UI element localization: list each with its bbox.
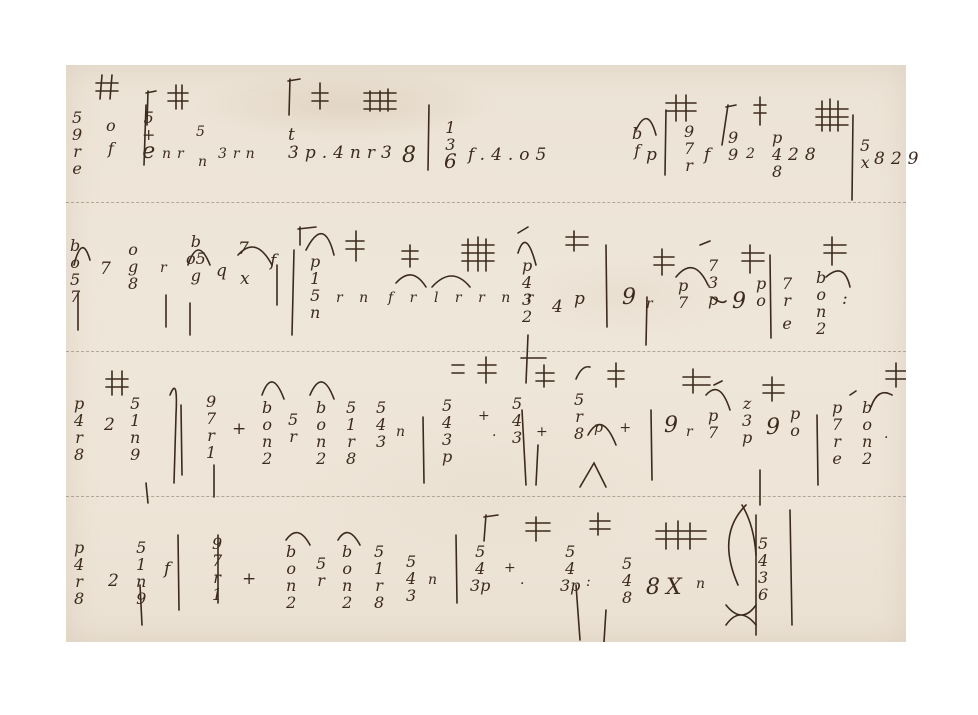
sys1-col7: 99	[728, 129, 738, 163]
sys4-col12: 5436	[758, 535, 768, 603]
sys3-col4: bon2	[262, 399, 272, 467]
sys1-run10: f	[704, 147, 716, 164]
sys2-run14: 9	[732, 291, 752, 313]
sys1-col3: 5+e	[142, 109, 155, 160]
sys4-run6: .	[520, 573, 530, 587]
sys2-col3: bo5g	[186, 233, 206, 284]
sys3-run9: r	[686, 425, 699, 439]
sys2-col6: p7	[678, 277, 688, 311]
sys4-run9: n	[696, 577, 711, 591]
sys4-run7: :	[586, 575, 597, 589]
sys3-col1: p4r8	[74, 395, 84, 463]
sys3-col6: bon2	[316, 399, 326, 467]
sys2-run8: f r	[388, 291, 422, 305]
sys3-col11: 5r8	[574, 391, 584, 442]
sys2-run12: 9	[622, 287, 642, 309]
sys4-col4: bon2	[286, 543, 296, 611]
sys3-col12: p7	[708, 407, 718, 441]
manuscript-page: 59re of 5+e nr 5 n 3rn t 3p.4nr3 8 136 f…	[66, 65, 906, 642]
sys4-run1: 2	[108, 573, 125, 590]
sys2-run5: x	[240, 271, 256, 288]
sys4-col10: 543p	[560, 543, 580, 594]
sys2-run13: r	[646, 297, 659, 311]
sys3-run10: 9	[766, 417, 786, 439]
sys2-col4: p15n	[310, 253, 320, 321]
sys3-run5: .	[492, 425, 502, 439]
sys4-col1: p4r8	[74, 539, 84, 607]
tablature-text: 59re of 5+e nr 5 n 3rn t 3p.4nr3 8 136 f…	[66, 65, 906, 642]
sys3-col14: po	[790, 405, 800, 439]
sys2-col10: bon2	[816, 269, 826, 337]
sys4-run4: n	[428, 573, 443, 587]
sys3-col3: 97r1	[206, 393, 216, 461]
sys1-run8: f.4.o5	[468, 147, 552, 164]
sys1-run7: 8	[402, 145, 422, 167]
sys3-run8: 9	[664, 415, 684, 437]
sys2-run3: q	[216, 263, 233, 280]
sys4-run8: 8X	[646, 577, 688, 599]
sys1-col8: p48	[772, 129, 782, 180]
sys2-col7: 73p	[708, 257, 718, 308]
sys3-col10: 543	[512, 395, 522, 446]
sys4-col7: 51r8	[374, 543, 384, 611]
sys2-col1: bo57	[70, 237, 80, 305]
sys1-run5: t	[288, 127, 301, 144]
sys2-run15: :	[842, 291, 854, 308]
sys3-col13: z3p	[742, 395, 752, 446]
sys3-run6: +	[536, 425, 554, 439]
sys3-run11: .	[884, 427, 894, 441]
sys1-run3: n	[198, 155, 213, 169]
sys1-run6: 3p.4nr3	[288, 145, 398, 162]
sys2-run10: 4	[552, 299, 569, 316]
sys2-col5: p432	[522, 257, 532, 325]
sys2-run7: r n	[336, 291, 374, 305]
sys4-run2: f	[164, 561, 176, 578]
sys3-col7: 51r8	[346, 399, 356, 467]
sys3-run3: n	[396, 425, 411, 439]
sys3-run1: 2	[104, 417, 121, 434]
sys2-run4: 7	[238, 241, 255, 258]
sys2-run11: p	[574, 291, 591, 308]
sys1-col9: 5x	[860, 137, 870, 171]
sys1-run9: p	[646, 147, 663, 164]
sys3-col5: 5r	[288, 411, 298, 445]
sys1-col5: bf	[632, 125, 642, 159]
sys1-col6: 97r	[684, 123, 694, 174]
sys2-run1: 7	[100, 261, 117, 278]
sys3-run4: +	[478, 409, 496, 423]
sys4-run3: +	[242, 571, 262, 588]
sys4-col5: 5r	[316, 555, 326, 589]
sys2-col8: po	[756, 275, 766, 309]
sys4-col9: 543p	[470, 543, 490, 594]
sys1-run4: 3rn	[218, 147, 261, 161]
sys1-col4: 136	[444, 119, 457, 170]
sys3-col8: 543	[376, 399, 386, 450]
sys2-run6: f	[270, 253, 282, 270]
sys1-col2: of	[106, 117, 116, 157]
sys3-col2: 51n9	[130, 395, 140, 463]
sys1-run11: 2	[746, 147, 761, 161]
sys2-run2: r	[160, 261, 173, 275]
sys2-col9: 7re	[782, 275, 792, 332]
sys4-col6: bon2	[342, 543, 352, 611]
sys4-col8: 543	[406, 553, 416, 604]
sys3-col9: 543p	[442, 397, 452, 465]
sys4-col2: 51n9	[136, 539, 146, 607]
sys1-run2: 5	[196, 125, 211, 139]
sys1-run13: 829	[874, 151, 924, 168]
sys1-run1: nr	[162, 147, 190, 161]
sys1-run12: 28	[788, 147, 822, 164]
sys1-col1: 59re	[72, 109, 82, 177]
sys3-run2: +	[232, 421, 252, 438]
sys3-col15: p7re	[832, 399, 842, 467]
sys2-col2: og8	[128, 241, 138, 292]
sys4-col3: 97r1	[212, 535, 222, 603]
sys4-col11: 548	[622, 555, 632, 606]
sys3-col16: bon2	[862, 399, 872, 467]
sys3-run7: p +	[594, 421, 637, 435]
